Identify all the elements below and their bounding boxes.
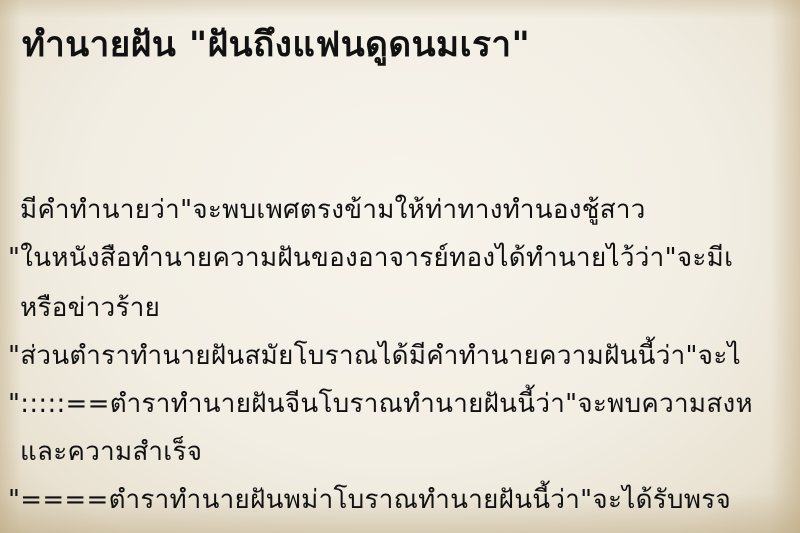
prediction-line-6: และความสำเร็จ xyxy=(20,434,202,470)
prediction-line-7: "====ตำราทำนายฝันพม่าโบราณทำนายฝันนี้ว่า… xyxy=(8,482,731,518)
prediction-line-2: "ในหนังสือทำนายความฝันของอาจารย์ทองได้ทำ… xyxy=(8,240,733,276)
prediction-line-5: ":::::==ตำราทำนายฝันจีนโบราณทำนายฝันนี้ว… xyxy=(8,386,753,422)
page-title: ทำนายฝัน "ฝันถึงแฟนดูดนมเรา" xyxy=(22,20,530,70)
prediction-line-1: มีคำทำนายว่า"จะพบเพศตรงข้ามให้ท่าทางทำนอ… xyxy=(20,192,646,228)
prediction-line-3: หรือข่าวร้าย xyxy=(20,290,160,326)
prediction-line-4: "ส่วนตำราทำนายฝันสมัยโบราณได้มีคำทำนายคว… xyxy=(8,338,741,374)
